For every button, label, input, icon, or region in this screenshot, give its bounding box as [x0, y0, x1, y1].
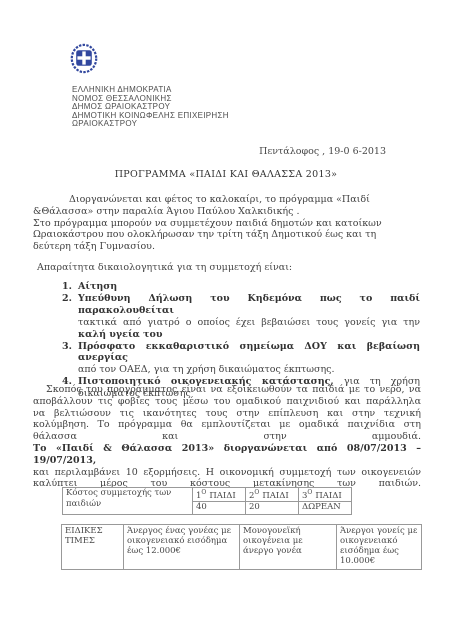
requirement-item: 2. Υπεύθυνη Δήλωση του Κηδεμόνα πως το π… — [62, 293, 420, 341]
requirement-item: 3. Πρόσφατο εκκαθαριστικό σημείωμα ΔΟΥ κ… — [62, 341, 420, 377]
special-price-cell: Άνεργος ένας γονέας με οικογενειακό εισό… — [124, 525, 240, 570]
item-number: 2. — [62, 293, 72, 305]
item-line: Πρόσφατο εκκαθαριστικό σημείωμα ΔΟΥ και … — [78, 341, 420, 365]
document-page: ΕΛΛΗΝΙΚΗ ΔΗΜΟΚΡΑΤΙΑ ΝΟΜΟΣ ΘΕΣΣΑΛΟΝΙΚΗΣ Δ… — [0, 0, 452, 640]
item-number: 1. — [62, 281, 72, 293]
cost-col-header: 3ΟΠΑΙΔΙ — [299, 488, 352, 502]
special-price-cell: Άνεργοι γονείς με οικογενειακό εισόδημα … — [337, 525, 422, 570]
paragraph-line: Ωραιοκάστρου που ολοκλήρωσαν την τρίτη τ… — [33, 229, 421, 241]
paragraph-line: Διοργανώνεται και φέτος το καλοκαίρι, το… — [33, 194, 421, 206]
participation-cost-table: Κόστος συμμετοχής των παιδιών 1ΟΠΑΙΔΙ 2Ο… — [62, 487, 352, 515]
schedule-line: Το «Παιδί & Θάλασσα 2013» διοργανώνεται … — [33, 443, 421, 467]
requirements-list: 1. Αίτηση 2. Υπεύθυνη Δήλωση του Κηδεμόν… — [62, 281, 420, 400]
cost-col-header: 1ΟΠΑΙΔΙ — [193, 488, 246, 502]
item-line: καλή υγεία του — [78, 329, 420, 341]
document-title: ΠΡΟΓΡΑΜΜΑ «ΠΑΙΔΙ ΚΑΙ ΘΑΛΑΣΣΑ 2013» — [0, 169, 452, 180]
paragraph-line: θάλασσα και στην αμμουδιά. — [33, 431, 421, 443]
agency-header: ΕΛΛΗΝΙΚΗ ΔΗΜΟΚΡΑΤΙΑ ΝΟΜΟΣ ΘΕΣΣΑΛΟΝΙΚΗΣ Δ… — [72, 86, 229, 129]
cost-value-cell: 40 — [193, 502, 246, 515]
special-prices-row-header: ΕΙΔΙΚΕΣ ΤΙΜΕΣ — [62, 525, 124, 570]
item-line: τακτικά από γιατρό ο οποίος έχει βεβαιώσ… — [78, 317, 420, 329]
place-date-line: Πεντάλοφος , 19-0 6-2013 — [0, 146, 386, 157]
purpose-paragraph: Σκοπός του προγράμματος είναι να εξοικει… — [33, 384, 421, 490]
special-price-cell: Μονογονεϊκή οικογένεια με άνεργο γονέα — [240, 525, 337, 570]
paragraph-line: Στο πρόγραμμα μπορούν να συμμετέχουν παι… — [33, 218, 421, 230]
special-prices-table: ΕΙΔΙΚΕΣ ΤΙΜΕΣ Άνεργος ένας γονέας με οικ… — [61, 524, 422, 570]
paragraph-line: και περιλαμβάνει 10 εξορμήσεις. Η οικονο… — [33, 467, 421, 479]
intro-paragraph: Διοργανώνεται και φέτος το καλοκαίρι, το… — [33, 194, 421, 253]
header-line: ΩΡΑΙΟΚΑΣΤΡΟΥ — [72, 120, 229, 129]
cost-row-header: Κόστος συμμετοχής των παιδιών — [63, 488, 193, 515]
cost-value-cell: ΔΩΡΕΑΝ — [299, 502, 352, 515]
cost-value-cell: 20 — [246, 502, 299, 515]
requirements-heading: Απαραίτητα δικαιολογητικά για τη συμμετο… — [37, 262, 292, 273]
item-line: από τον ΟΑΕΔ, για τη χρήση δικαιώματος έ… — [78, 364, 420, 376]
item-line: Αίτηση — [78, 281, 420, 293]
item-number: 3. — [62, 341, 72, 353]
paragraph-line: κολύμβηση. Το πρόγραμμα θα εμπλουτίζεται… — [33, 419, 421, 431]
item-line: Υπεύθυνη Δήλωση του Κηδεμόνα πως το παιδ… — [78, 293, 420, 317]
paragraph-line: Σκοπός του προγράμματος είναι να εξοικει… — [33, 384, 421, 396]
requirement-item: 1. Αίτηση — [62, 281, 420, 293]
greek-national-emblem-icon — [70, 43, 98, 74]
paragraph-line: &Θάλασσα» στην παραλία Άγιου Παύλου Χαλκ… — [33, 206, 421, 218]
paragraph-line: δεύτερη τάξη Γυμνασίου. — [33, 241, 421, 253]
cost-col-header: 2ΟΠΑΙΔΙ — [246, 488, 299, 502]
paragraph-line: αποβάλλουν τις φοβίες τους μέσω του ομαδ… — [33, 396, 421, 408]
paragraph-line: να βελτιώσουν τις ικανότητες τους στην ε… — [33, 408, 421, 420]
